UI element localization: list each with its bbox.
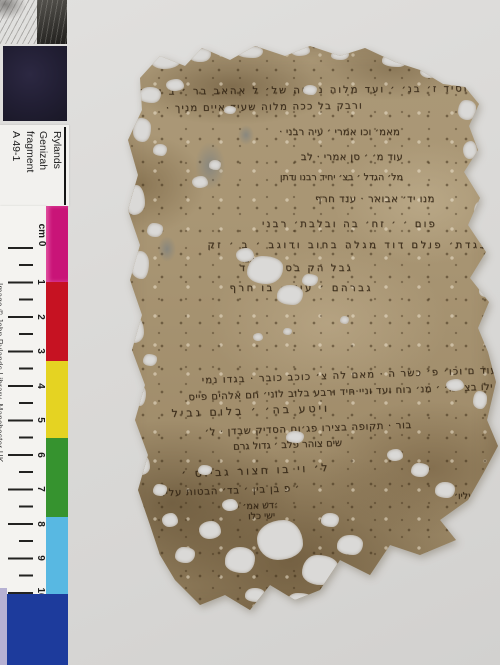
label-line: Genizah [36,131,50,203]
hole [411,463,429,477]
hole [162,513,178,527]
hole [209,160,221,170]
hole [131,251,149,279]
hole [382,53,408,67]
ruler-number: 8 [33,516,47,532]
hole [133,118,151,142]
calibration-patch-light [0,0,37,44]
hole [175,547,195,563]
hole [153,484,167,496]
calibration-patch-black [37,0,67,44]
color-patch-dark-blue [7,594,68,665]
label-line: Rylands [49,131,63,203]
hole [166,79,184,91]
color-patch-light-blue [46,517,68,594]
hole [337,535,363,555]
hole [387,449,403,461]
hole [474,202,486,218]
color-patch-yellow [46,361,68,438]
specimen-label-text: Rylands Genizah fragment A 49-1 [5,129,63,203]
ruler-number: 7 [33,481,47,497]
copyright-text: Image © John Rylands Library, Manchester… [0,283,4,575]
ruler-number: 2 [33,309,47,325]
hole [253,333,263,341]
hole [237,46,263,58]
hole [198,465,212,475]
ruler-number: 9 [33,550,47,566]
hole [189,48,211,62]
hole [286,431,304,443]
hole [247,256,283,284]
hole [225,547,255,573]
fragment-edge-shading [118,40,500,618]
label-line: fragment [22,131,36,203]
hole [463,141,477,159]
hole [287,593,313,607]
color-patch-magenta [46,206,68,282]
hole [321,513,339,527]
hole [130,384,146,406]
hole [302,555,338,585]
hole [150,51,180,69]
hole [126,317,144,343]
calibration-patch-navy [3,46,67,121]
hole [420,66,440,78]
archival-photo: Rylands Genizah fragment A 49-1 cm 0 1 2… [0,0,500,665]
hole [153,144,167,156]
hole [283,328,292,335]
ruler-number: 1 [33,274,47,290]
hole [290,44,310,56]
hole [199,521,221,539]
hole [458,100,476,120]
label-card-edge-line [64,127,66,205]
hole [125,185,145,215]
hole [134,455,150,475]
ruler-ticks-half-cm [19,264,33,577]
hole [139,87,161,103]
hole [435,482,455,498]
hole [236,248,254,262]
hole [359,577,381,593]
hole [303,85,317,95]
hole [479,283,491,297]
parchment: בחסיד ז׳ בנ׳ ׳ ועד מלוה נפטה של׳ ל אהאב … [118,40,500,618]
ruler-number: 6 [33,447,47,463]
hole [143,354,157,366]
hole [331,50,349,60]
hole [473,391,487,409]
ruler-number: 3 [33,343,47,359]
hole [446,379,464,391]
hole [277,285,303,305]
color-patch-green [46,438,68,517]
hole [147,223,163,237]
hole [302,274,318,286]
hole [222,499,238,511]
label-line: A 49-1 [8,131,22,203]
hole [340,316,349,324]
lavender-strip [0,588,7,665]
hole [245,588,265,602]
ruler-number: 5 [33,412,47,428]
hole [192,176,208,188]
hole [257,520,303,560]
ruler-number: 4 [33,378,47,394]
hole [224,106,236,114]
manuscript-fragment: בחסיד ז׳ בנ׳ ׳ ועד מלוה נפטה של׳ ל אהאב … [118,40,500,618]
color-patch-red [46,282,68,361]
